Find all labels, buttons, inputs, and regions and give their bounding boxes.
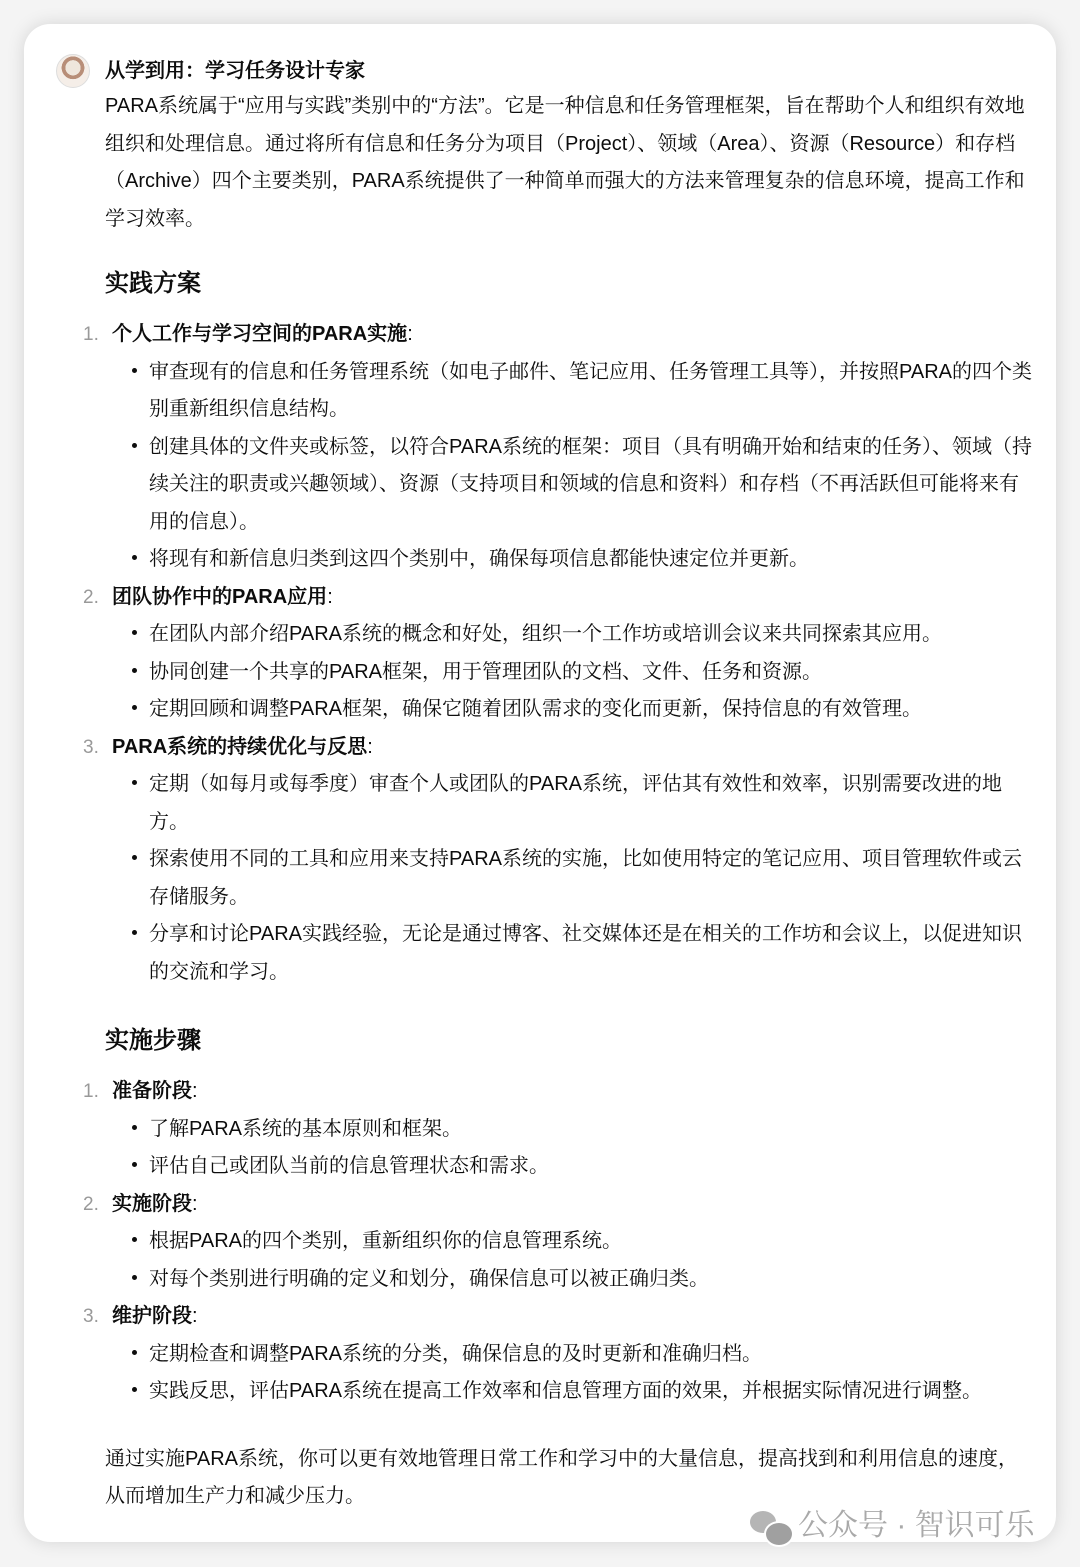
colon: :	[367, 736, 373, 758]
bullet-list: 定期检查和调整PARA系统的分类，确保信息的及时更新和准确归档。 实践反思，评估…	[112, 1336, 1035, 1411]
steps-list: 1. 准备阶段: 了解PARA系统的基本原则和框架。 评估自己或团队当前的信息管…	[105, 1073, 1035, 1411]
practice-list: 1. 个人工作与学习空间的PARA实施: 审查现有的信息和任务管理系统（如电子邮…	[105, 316, 1035, 991]
step-item: 3. 维护阶段: 定期检查和调整PARA系统的分类，确保信息的及时更新和准确归档…	[105, 1298, 1035, 1411]
practice-item: 3. PARA系统的持续优化与反思: 定期（如每月或每季度）审查个人或团队的PA…	[105, 729, 1035, 992]
bullet-list: 审查现有的信息和任务管理系统（如电子邮件、笔记应用、任务管理工具等），并按照PA…	[112, 354, 1035, 579]
bullet-item: 定期（如每月或每季度）审查个人或团队的PARA系统，评估其有效性和效率，识别需要…	[149, 766, 1035, 841]
bullet-item: 了解PARA系统的基本原则和框架。	[149, 1111, 1035, 1149]
bullet-item: 探索使用不同的工具和应用来支持PARA系统的实施，比如使用特定的笔记应用、项目管…	[149, 841, 1035, 916]
list-number: 2.	[83, 579, 99, 617]
step-item: 2. 实施阶段: 根据PARA的四个类别，重新组织你的信息管理系统。 对每个类别…	[105, 1186, 1035, 1299]
bullet-list: 定期（如每月或每季度）审查个人或团队的PARA系统，评估其有效性和效率，识别需要…	[112, 766, 1035, 991]
bullet-item: 协同创建一个共享的PARA框架，用于管理团队的文档、文件、任务和资源。	[149, 654, 1035, 692]
bullet-item: 对每个类别进行明确的定义和划分，确保信息可以被正确归类。	[149, 1261, 1035, 1299]
owl-avatar-icon	[56, 54, 90, 88]
bullet-item: 审查现有的信息和任务管理系统（如电子邮件、笔记应用、任务管理工具等），并按照PA…	[149, 354, 1035, 429]
bullet-list: 根据PARA的四个类别，重新组织你的信息管理系统。 对每个类别进行明确的定义和划…	[112, 1223, 1035, 1298]
item-label: 准备阶段	[112, 1080, 192, 1102]
list-number: 1.	[83, 1073, 99, 1111]
watermark: 公众号 · 智识可乐	[750, 1506, 1035, 1546]
item-label: PARA系统的持续优化与反思	[112, 736, 367, 758]
watermark-text: 公众号 · 智识可乐	[798, 1506, 1035, 1546]
bullet-item: 将现有和新信息归类到这四个类别中，确保每项信息都能快速定位并更新。	[149, 541, 1035, 579]
list-number: 1.	[83, 316, 99, 354]
practice-item: 2. 团队协作中的PARA应用: 在团队内部介绍PARA系统的概念和好处，组织一…	[105, 579, 1035, 729]
message-body: PARA系统属于“应用与实践”类别中的“方法”。它是一种信息和任务管理框架，旨在…	[105, 88, 1035, 1516]
bullet-item: 实践反思，评估PARA系统在提高工作效率和信息管理方面的效果，并根据实际情况进行…	[149, 1373, 1035, 1411]
wechat-icon	[750, 1509, 792, 1543]
intro-paragraph: PARA系统属于“应用与实践”类别中的“方法”。它是一种信息和任务管理框架，旨在…	[105, 88, 1035, 238]
section-heading-steps: 实施步骤	[105, 1021, 1035, 1061]
section-heading-practice: 实践方案	[105, 264, 1035, 304]
practice-item: 1. 个人工作与学习空间的PARA实施: 审查现有的信息和任务管理系统（如电子邮…	[105, 316, 1035, 579]
colon: :	[327, 586, 333, 608]
bullet-item: 定期回顾和调整PARA框架，确保它随着团队需求的变化而更新，保持信息的有效管理。	[149, 691, 1035, 729]
closing-paragraph: 通过实施PARA系统，你可以更有效地管理日常工作和学习中的大量信息，提高找到和利…	[105, 1441, 1035, 1516]
item-label: 个人工作与学习空间的PARA实施	[112, 323, 407, 345]
bullet-list: 在团队内部介绍PARA系统的概念和好处，组织一个工作坊或培训会议来共同探索其应用…	[112, 616, 1035, 729]
colon: :	[192, 1305, 198, 1327]
list-number: 3.	[83, 1298, 99, 1336]
bullet-item: 定期检查和调整PARA系统的分类，确保信息的及时更新和准确归档。	[149, 1336, 1035, 1374]
colon: :	[407, 323, 413, 345]
bullet-list: 了解PARA系统的基本原则和框架。 评估自己或团队当前的信息管理状态和需求。	[112, 1111, 1035, 1186]
item-label: 实施阶段	[112, 1193, 192, 1215]
list-number: 2.	[83, 1186, 99, 1224]
assistant-name: 从学到用：学习任务设计专家	[105, 57, 365, 85]
bullet-item: 评估自己或团队当前的信息管理状态和需求。	[149, 1148, 1035, 1186]
list-number: 3.	[83, 729, 99, 767]
step-item: 1. 准备阶段: 了解PARA系统的基本原则和框架。 评估自己或团队当前的信息管…	[105, 1073, 1035, 1186]
bullet-item: 根据PARA的四个类别，重新组织你的信息管理系统。	[149, 1223, 1035, 1261]
bullet-item: 分享和讨论PARA实践经验，无论是通过博客、社交媒体还是在相关的工作坊和会议上，…	[149, 916, 1035, 991]
chat-message-card: 从学到用：学习任务设计专家 PARA系统属于“应用与实践”类别中的“方法”。它是…	[24, 24, 1056, 1542]
bullet-item: 在团队内部介绍PARA系统的概念和好处，组织一个工作坊或培训会议来共同探索其应用…	[149, 616, 1035, 654]
item-label: 维护阶段	[112, 1305, 192, 1327]
colon: :	[192, 1080, 198, 1102]
bullet-item: 创建具体的文件夹或标签，以符合PARA系统的框架：项目（具有明确开始和结束的任务…	[149, 429, 1035, 542]
item-label: 团队协作中的PARA应用	[112, 586, 327, 608]
colon: :	[192, 1193, 198, 1215]
